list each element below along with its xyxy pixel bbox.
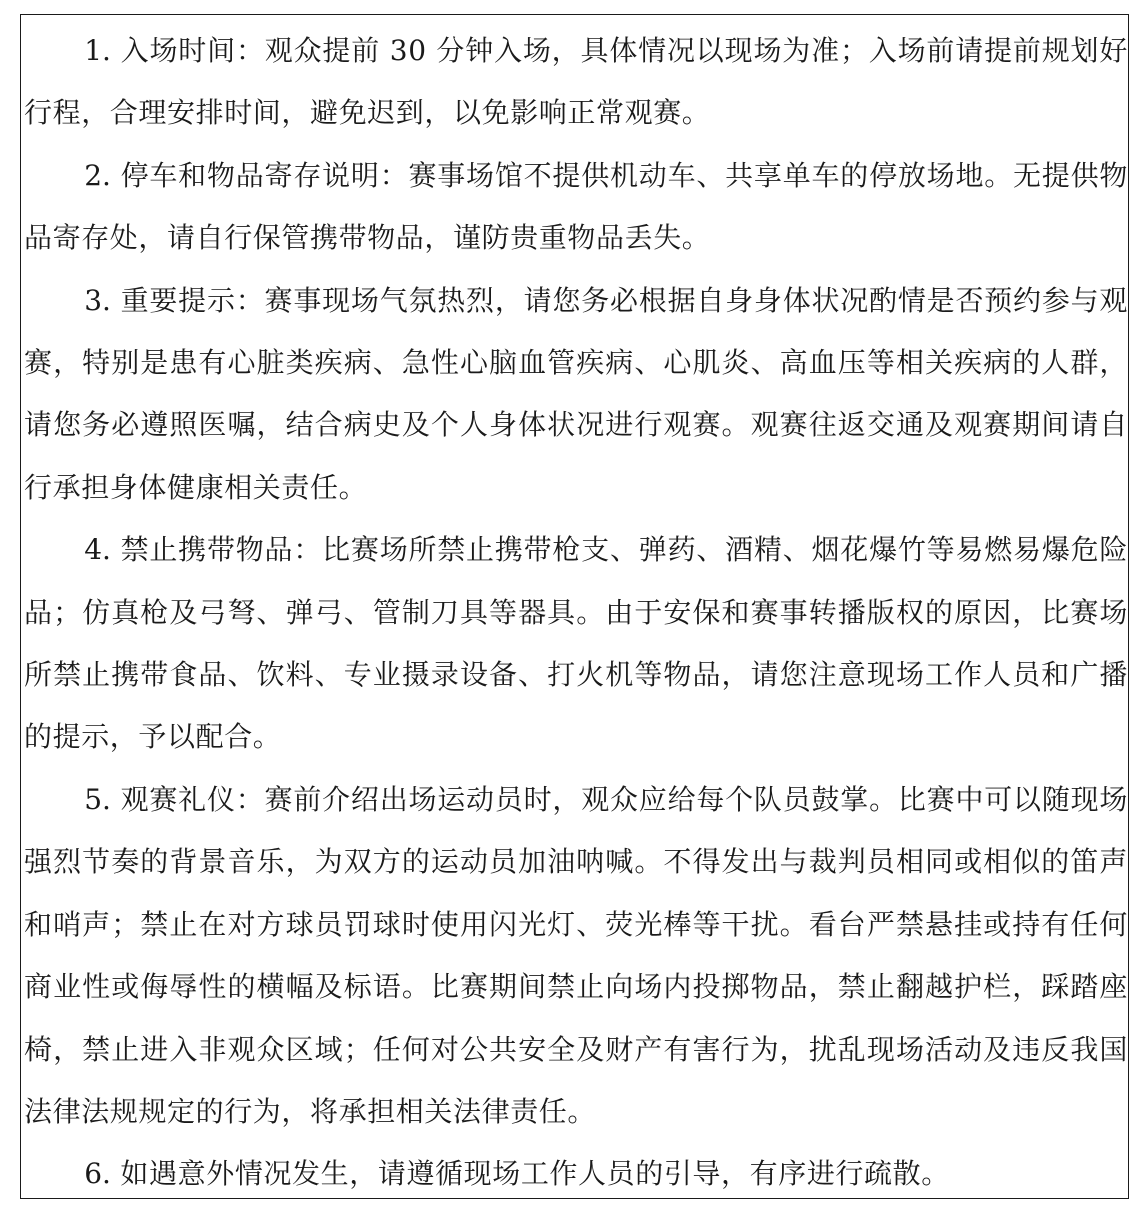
- paragraph-parking-storage: 2. 停车和物品寄存说明：赛事场馆不提供机动车、共享单车的停放场地。无提供物品寄…: [24, 145, 1128, 270]
- paragraph-prohibited-items: 4. 禁止携带物品：比赛场所禁止携带枪支、弹药、酒精、烟花爆竹等易燃易爆危险品；…: [24, 519, 1128, 769]
- paragraph-number: 1.: [84, 34, 111, 67]
- paragraph-text: 禁止携带物品：比赛场所禁止携带枪支、弹药、酒精、烟花爆竹等易燃易爆危险品；仿真枪…: [24, 533, 1128, 753]
- paragraph-text: 重要提示：赛事现场气氛热烈，请您务必根据自身身体状况酌情是否预约参与观赛，特别是…: [24, 284, 1128, 504]
- notice-box: 1. 入场时间：观众提前 30 分钟入场，具体情况以现场为准；入场前请提前规划好…: [20, 14, 1129, 1199]
- paragraph-number: 6.: [84, 1157, 111, 1190]
- paragraph-spectator-etiquette: 5. 观赛礼仪：赛前介绍出场运动员时，观众应给每个队员鼓掌。比赛中可以随现场强烈…: [24, 769, 1128, 1143]
- notice-text: 1. 入场时间：观众提前 30 分钟入场，具体情况以现场为准；入场前请提前规划好…: [24, 20, 1128, 1206]
- paragraph-emergency: 6. 如遇意外情况发生，请遵循现场工作人员的引导，有序进行疏散。: [24, 1143, 1128, 1205]
- paragraph-number: 2.: [84, 159, 111, 192]
- paragraph-important-notice: 3. 重要提示：赛事现场气氛热烈，请您务必根据自身身体状况酌情是否预约参与观赛，…: [24, 270, 1128, 520]
- paragraph-text: 观赛礼仪：赛前介绍出场运动员时，观众应给每个队员鼓掌。比赛中可以随现场强烈节奏的…: [24, 783, 1128, 1128]
- paragraph-number: 4.: [84, 533, 111, 566]
- paragraph-text: 停车和物品寄存说明：赛事场馆不提供机动车、共享单车的停放场地。无提供物品寄存处，…: [24, 159, 1128, 254]
- paragraph-entry-time: 1. 入场时间：观众提前 30 分钟入场，具体情况以现场为准；入场前请提前规划好…: [24, 20, 1128, 145]
- paragraph-text: 入场时间：观众提前 30 分钟入场，具体情况以现场为准；入场前请提前规划好行程，…: [24, 34, 1128, 129]
- paragraph-number: 5.: [84, 783, 111, 816]
- paragraph-number: 3.: [84, 284, 111, 317]
- paragraph-text: 如遇意外情况发生，请遵循现场工作人员的引导，有序进行疏散。: [120, 1157, 949, 1190]
